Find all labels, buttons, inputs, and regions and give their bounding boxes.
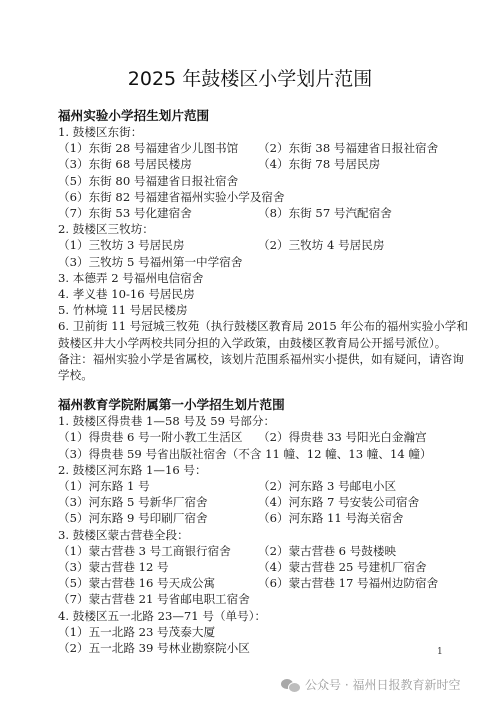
- sub-item: （1）五一北路 23 号茂泰大厦: [58, 624, 215, 640]
- sub-item: （7）蒙古营巷 21 号省邮电职工宿舍: [58, 591, 250, 607]
- list-row: （3）东街 68 号居民楼房（4）东街 78 号居民房: [58, 156, 478, 172]
- sublist: （1）河东路 1 号（2）河东路 3 号邮电小区 （3）河东路 5 号新华厂宿舍…: [58, 478, 478, 527]
- list-item: 4. 孝义巷 10-16 号居民房: [58, 286, 478, 302]
- sub-item: （3）河东路 5 号新华厂宿舍: [58, 494, 258, 510]
- list-item: 2. 鼓楼区河东路 1—16 号：: [58, 462, 478, 478]
- sub-item: （8）东街 57 号汽配宿舍: [258, 205, 392, 221]
- sub-item: （5）东街 80 号福建省日报社宿舍: [58, 173, 238, 189]
- sub-item: （3）东街 68 号居民楼房: [58, 156, 258, 172]
- list-item: 6. 卫前街 11 号冠城三牧苑（执行鼓楼区教育局 2015 年公布的福州实验小…: [58, 318, 468, 350]
- sub-item: （4）河东路 7 号安装公司宿舍: [258, 494, 419, 510]
- sublist: （1）三牧坊 3 号居民房（2）三牧坊 4 号居民房 （3）三牧坊 5 号福州第…: [58, 237, 478, 269]
- sublist: （1）东街 28 号福建省少儿图书馆（2）东街 38 号福建省日报社宿舍 （3）…: [58, 140, 478, 221]
- sub-item: （6）东街 82 号福建省福州实验小学及宿舍: [58, 189, 285, 205]
- sub-item: （2）蒙古营巷 6 号鼓楼映: [258, 543, 396, 559]
- sub-item: （1）河东路 1 号: [58, 478, 258, 494]
- list-row: （7）蒙古营巷 21 号省邮电职工宿舍: [58, 591, 478, 607]
- section-spacer: [58, 383, 478, 396]
- list-row: （7）东街 53 号化建宿舍（8）东街 57 号汽配宿舍: [58, 205, 478, 221]
- list-item: 3. 本德弄 2 号福州电信宿舍: [58, 270, 478, 286]
- sub-item: （5）河东路 9 号印刷厂宿舍: [58, 510, 258, 526]
- sub-item: （3）蒙古营巷 12 号: [58, 559, 258, 575]
- note: 备注：福州实验小学是省属校，该划片范围系福州实小提供，如有疑问，请咨询学校。: [58, 351, 468, 383]
- list-row: （1）河东路 1 号（2）河东路 3 号邮电小区: [58, 478, 478, 494]
- list-item: 5. 竹林境 11 号居民楼房: [58, 302, 478, 318]
- sub-item: （3）三牧坊 5 号福州第一中学宿舍: [58, 254, 242, 270]
- sub-item: （6）河东路 11 号海关宿舍: [258, 510, 403, 526]
- list-row: （5）东街 80 号福建省日报社宿舍: [58, 173, 478, 189]
- sublist: （1）蒙古营巷 3 号工商银行宿舍（2）蒙古营巷 6 号鼓楼映 （3）蒙古营巷 …: [58, 543, 478, 608]
- sub-item: （4）蒙古营巷 25 号建机厂宿舍: [258, 559, 427, 575]
- list-item: 1. 鼓楼区得贵巷 1—58 号及 59 号部分：: [58, 413, 478, 429]
- list-row: （1）三牧坊 3 号居民房（2）三牧坊 4 号居民房: [58, 237, 478, 253]
- list-row: （5）河东路 9 号印刷厂宿舍（6）河东路 11 号海关宿舍: [58, 510, 478, 526]
- watermark-footer: 公众号 · 福州日报教育新时空: [281, 676, 460, 693]
- sub-item: （2）河东路 3 号邮电小区: [258, 478, 396, 494]
- list-row: （6）东街 82 号福建省福州实验小学及宿舍: [58, 189, 478, 205]
- list-row: （3）河东路 5 号新华厂宿舍（4）河东路 7 号安装公司宿舍: [58, 494, 478, 510]
- list-row: （1）蒙古营巷 3 号工商银行宿舍（2）蒙古营巷 6 号鼓楼映: [58, 543, 478, 559]
- list-row: （3）蒙古营巷 12 号（4）蒙古营巷 25 号建机厂宿舍: [58, 559, 478, 575]
- list-row: （1）得贵巷 6 号一附小教工生活区（2）得贵巷 33 号阳光白金瀚宫: [58, 429, 478, 445]
- page-number: 1: [437, 647, 443, 657]
- watermark-text: 公众号 · 福州日报教育新时空: [305, 676, 460, 693]
- sub-item: （1）得贵巷 6 号一附小教工生活区: [58, 429, 258, 445]
- list-row: （3）得贵巷 59 号省出版社宿舍（不含 11 幢、12 幢、13 幢、14 幢…: [58, 446, 478, 462]
- sub-item: （2）五一北路 39 号林业勘察院小区: [58, 640, 250, 656]
- list-row: （3）三牧坊 5 号福州第一中学宿舍: [58, 254, 478, 270]
- section-heading: 福州教育学院附属第一小学招生划片范围: [58, 396, 478, 413]
- sub-item: （2）三牧坊 4 号居民房: [258, 237, 384, 253]
- sublist: （1）五一北路 23 号茂泰大厦 （2）五一北路 39 号林业勘察院小区: [58, 624, 478, 656]
- list-row: （2）五一北路 39 号林业勘察院小区: [58, 640, 478, 656]
- page-title: 2025 年鼓楼区小学划片范围: [0, 64, 500, 91]
- sub-item: （3）得贵巷 59 号省出版社宿舍（不含 11 幢、12 幢、13 幢、14 幢…: [58, 446, 432, 462]
- list-item: 2. 鼓楼区三牧坊：: [58, 221, 478, 237]
- document-page: 2025 年鼓楼区小学划片范围 福州实验小学招生划片范围 1. 鼓楼区东街： （…: [0, 0, 500, 707]
- sub-item: （1）三牧坊 3 号居民房: [58, 237, 258, 253]
- sub-item: （2）东街 38 号福建省日报社宿舍: [258, 140, 438, 156]
- sub-item: （4）东街 78 号居民房: [258, 156, 380, 172]
- list-row: （1）东街 28 号福建省少儿图书馆（2）东街 38 号福建省日报社宿舍: [58, 140, 478, 156]
- section-heading: 福州实验小学招生划片范围: [58, 107, 478, 124]
- sub-item: （2）得贵巷 33 号阳光白金瀚宫: [258, 429, 427, 445]
- sub-item: （6）蒙古营巷 17 号福州边防宿舍: [258, 575, 438, 591]
- list-row: （1）五一北路 23 号茂泰大厦: [58, 624, 478, 640]
- list-item: 4. 鼓楼区五一北路 23—71 号（单号）：: [58, 608, 478, 624]
- sub-item: （1）蒙古营巷 3 号工商银行宿舍: [58, 543, 258, 559]
- sub-item: （5）蒙古营巷 16 号天成公寓: [58, 575, 258, 591]
- sublist: （1）得贵巷 6 号一附小教工生活区（2）得贵巷 33 号阳光白金瀚宫 （3）得…: [58, 429, 478, 461]
- sub-item: （7）东街 53 号化建宿舍: [58, 205, 258, 221]
- list-row: （5）蒙古营巷 16 号天成公寓（6）蒙古营巷 17 号福州边防宿舍: [58, 575, 478, 591]
- wechat-icon: [281, 678, 301, 692]
- list-item: 3. 鼓楼区蒙古营巷全段：: [58, 527, 478, 543]
- sub-item: （1）东街 28 号福建省少儿图书馆: [58, 140, 258, 156]
- list-item: 1. 鼓楼区东街：: [58, 124, 478, 140]
- document-body: 福州实验小学招生划片范围 1. 鼓楼区东街： （1）东街 28 号福建省少儿图书…: [58, 107, 478, 656]
